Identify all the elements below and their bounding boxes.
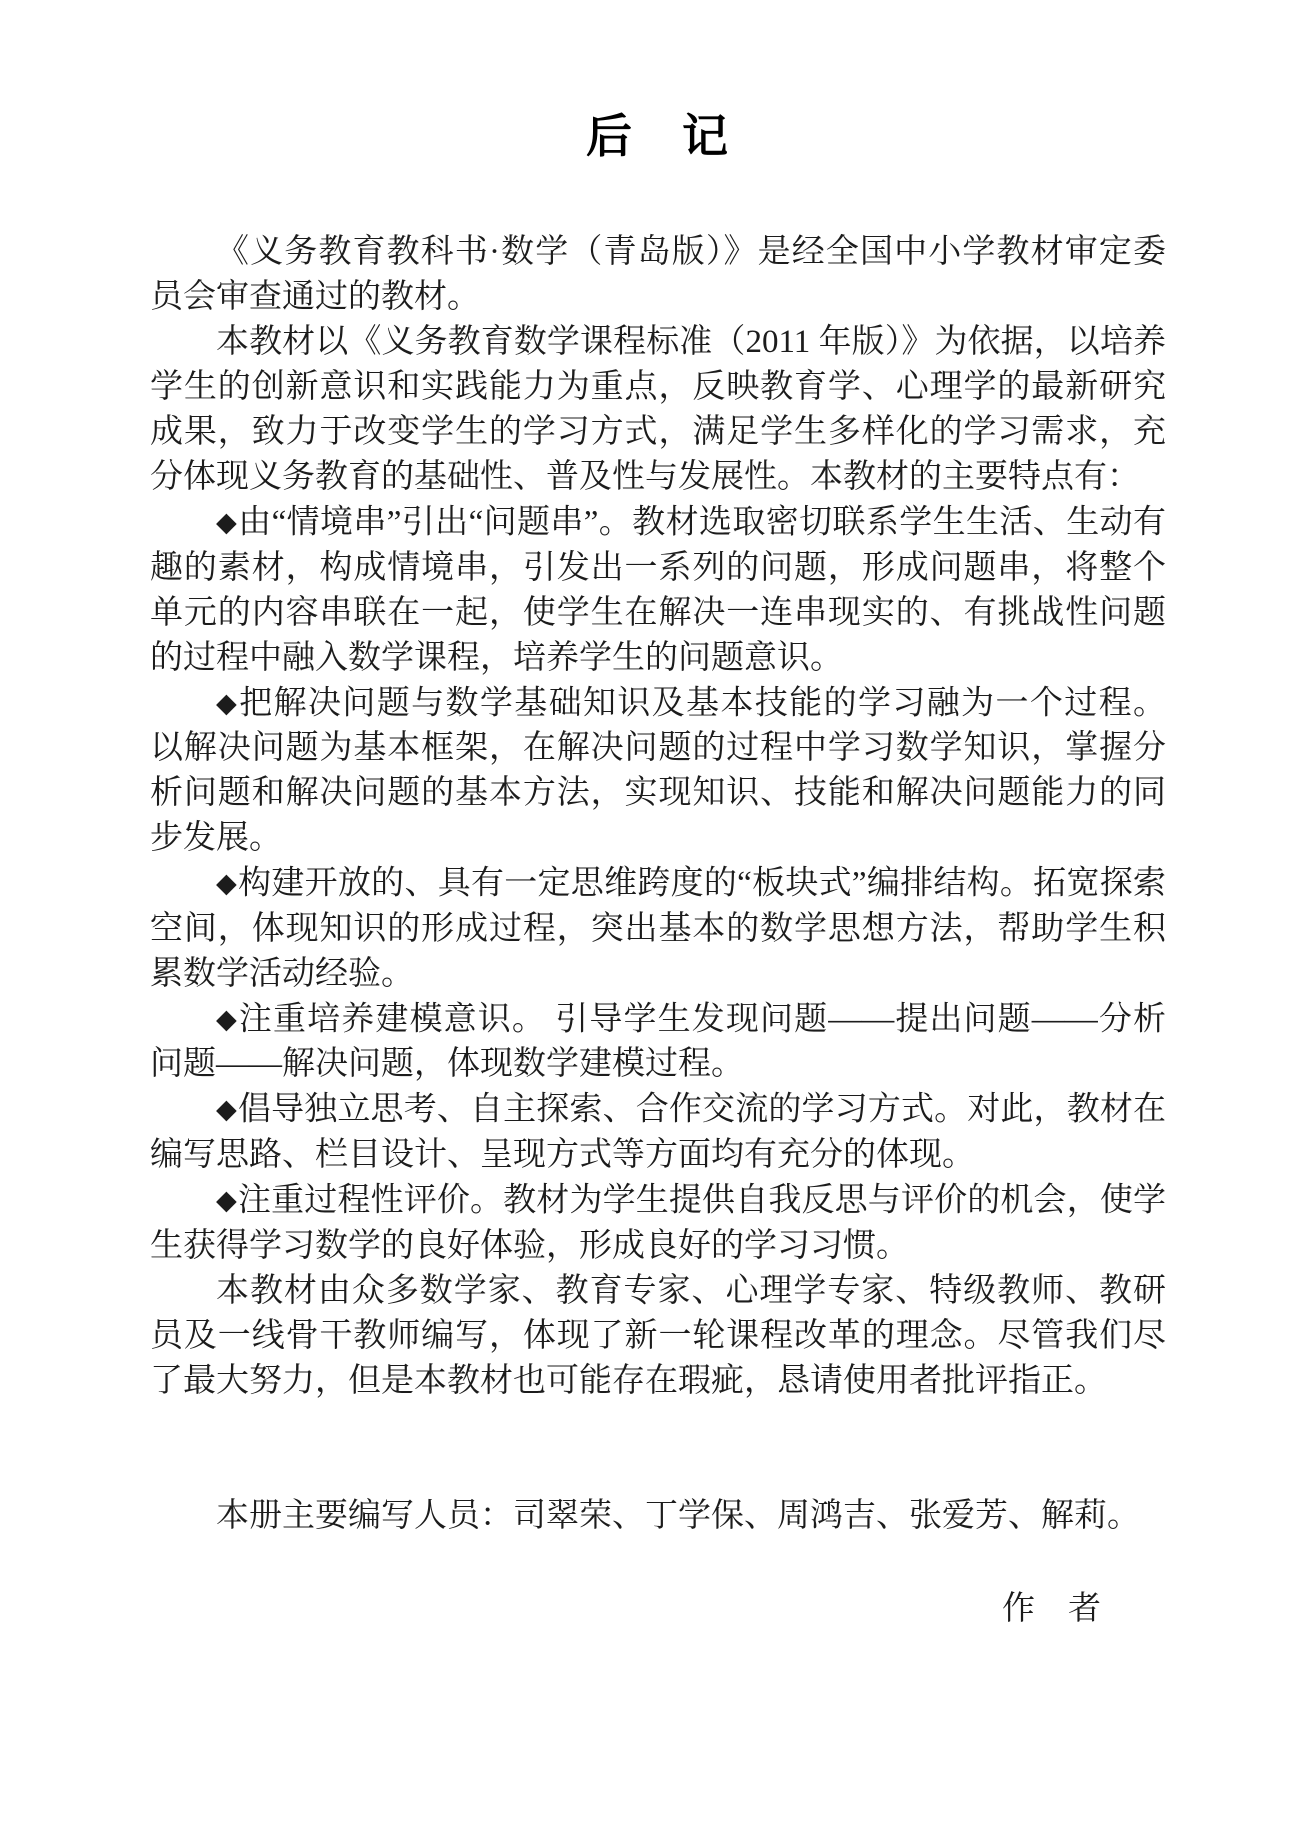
bullet-diamond-icon: ◆: [216, 507, 238, 537]
bullet-diamond-icon: ◆: [216, 1004, 239, 1034]
bullet-paragraph: ◆由“情境串”引出“问题串”。教材选取密切联系学生生活、生动有趣的素材，构成情境…: [150, 500, 1166, 681]
bullet-diamond-icon: ◆: [216, 868, 238, 898]
paragraph: 本教材由众多数学家、教育专家、心理学专家、特级教师、教研员及一线骨干教师编写，体…: [150, 1269, 1166, 1404]
document-body: 《义务教育教科书·数学（青岛版）》是经全国中小学教材审定委员会审查通过的教材。本…: [150, 230, 1166, 1539]
document-page: 后 记 《义务教育教科书·数学（青岛版）》是经全国中小学教材审定委员会审查通过的…: [0, 0, 1311, 1842]
bullet-diamond-icon: ◆: [216, 1185, 238, 1215]
bullet-diamond-icon: ◆: [216, 688, 239, 718]
bullet-paragraph: ◆把解决问题与数学基础知识及基本技能的学习融为一个过程。 以解决问题为基本框架，…: [150, 681, 1166, 862]
paragraph: 《义务教育教科书·数学（青岛版）》是经全国中小学教材审定委员会审查通过的教材。: [150, 230, 1166, 320]
paragraph: 本册主要编写人员：司翠荣、丁学保、周鸿吉、张爱芳、解莉。: [150, 1494, 1166, 1539]
bullet-diamond-icon: ◆: [216, 1094, 238, 1124]
paragraph: 本教材以《义务教育数学课程标准（2011 年版）》为依据，以培养学生的创新意识和…: [150, 320, 1166, 500]
bullet-paragraph: ◆注重过程性评价。教材为学生提供自我反思与评价的机会，使学生获得学习数学的良好体…: [150, 1178, 1166, 1269]
author-signature: 作 者: [150, 1587, 1166, 1632]
bullet-paragraph: ◆倡导独立思考、自主探索、合作交流的学习方式。对此，教材在编写思路、栏目设计、呈…: [150, 1087, 1166, 1178]
bullet-paragraph: ◆构建开放的、具有一定思维跨度的“板块式”编排结构。拓宽探索空间，体现知识的形成…: [150, 861, 1166, 997]
bullet-paragraph: ◆注重培养建模意识。 引导学生发现问题——提出问题——分析问题——解决问题，体现…: [150, 997, 1166, 1088]
page-title: 后 记: [150, 100, 1166, 166]
